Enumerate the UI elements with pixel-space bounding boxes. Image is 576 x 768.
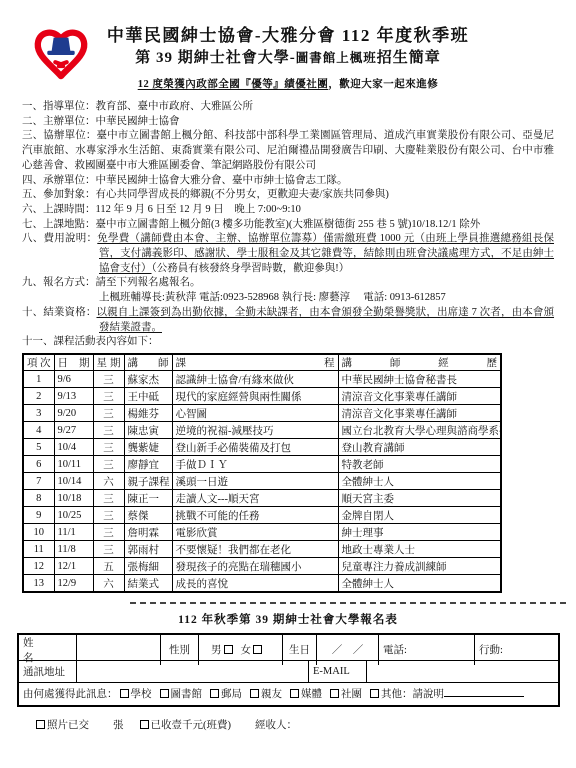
course-cell-day: 三 [93, 507, 124, 524]
info-text: 中華民國紳士協會 [96, 116, 180, 127]
source-option-label: 親友 [261, 689, 282, 700]
course-row: 2 9/13 三 王中砥 現代的家庭經營與兩性關係 清涼音文化事業專任講師 [23, 388, 501, 405]
col-header-teacher: 講師 [124, 354, 172, 371]
info-item-4: 四、承辦單位：中華民國紳士協會大雅分會、臺中市紳士協會志工隊。 [22, 174, 554, 189]
source-option: 學校 [118, 689, 152, 700]
course-cell-bio: 兒童專注力養成訓練師 [338, 558, 501, 575]
course-cell-day: 五 [93, 558, 124, 575]
source-option: 社團 [328, 689, 362, 700]
course-cell-course: 認識紳士協會/有緣來做伙 [172, 371, 338, 388]
course-cell-teacher: 陳正一 [124, 490, 172, 507]
course-cell-bio: 清涼音文化事業專任講師 [338, 388, 501, 405]
info-text: 請至下列報名處報名。 [96, 277, 201, 288]
registration-form-title: 112 年秋季第 39 期紳士社會大學報名表 [22, 611, 554, 627]
course-cell-no: 3 [23, 405, 54, 422]
checkbox-icon[interactable] [330, 689, 339, 698]
info-item-7: 七、上課地點：臺中市立圖書館上楓分館(3 樓多功能教室)(大雅區樹德街 255 … [22, 218, 554, 233]
course-cell-no: 7 [23, 473, 54, 490]
sub-title: 第 39 期紳士社會大學-圖書館上楓班招生簡章 [22, 48, 554, 69]
course-cell-date: 11/8 [54, 541, 93, 558]
source-options: 學校圖書館郵局親友媒體社團 [118, 686, 369, 701]
course-cell-teacher: 親子課程 [124, 473, 172, 490]
info-text: 臺中市立圖書館上楓分館(3 樓多功能教室)(大雅區樹德街 255 巷 5 號)1… [96, 219, 481, 230]
course-cell-day: 三 [93, 541, 124, 558]
source-option: 郵局 [208, 689, 242, 700]
course-cell-course: 發現孩子的亮點在瑞穗國小 [172, 558, 338, 575]
course-cell-no: 4 [23, 422, 54, 439]
info-list: 一、指導單位：教育部、臺中市政府、大雅區公所 二、主辦單位：中華民國紳士協會 三… [22, 100, 554, 350]
email-input-area[interactable] [367, 661, 558, 682]
course-cell-bio: 全體紳士人 [338, 575, 501, 592]
course-cell-course: 登山新手必備裝備及打包 [172, 439, 338, 456]
course-table-head: 項次 日期 星期 講師 課程 講師經歷 [23, 354, 501, 371]
form-row-source: 由何處獲得此訊息： 學校圖書館郵局親友媒體社團 其他：請說明 [19, 683, 558, 705]
course-row: 3 9/20 三 楊維芬 心智圖 清涼音文化事業專任講師 [23, 405, 501, 422]
cut-line [130, 602, 566, 604]
course-row: 9 10/25 三 蔡傑 挑戰不可能的任務 金牌自閉人 [23, 507, 501, 524]
address-label: 通訊地址 [19, 661, 77, 682]
course-cell-course: 溪頭一日遊 [172, 473, 338, 490]
photo-unit-label: 張 [113, 720, 124, 731]
col-header-bio: 講師經歷 [338, 354, 501, 371]
source-option-label: 學校 [131, 689, 152, 700]
course-row: 13 12/9 六 結業式 成長的喜悅 全體紳士人 [23, 575, 501, 592]
course-cell-date: 10/25 [54, 507, 93, 524]
course-schedule-table: 項次 日期 星期 講師 課程 講師經歷 1 9/6 三 蘇家杰 認識紳士協會/有… [22, 353, 502, 593]
course-cell-no: 10 [23, 524, 54, 541]
course-cell-no: 9 [23, 507, 54, 524]
checkbox-icon[interactable] [140, 720, 149, 729]
info-label: 十一、課程活動表內容如下： [22, 336, 159, 347]
course-cell-no: 8 [23, 490, 54, 507]
registration-form-table: 姓 名 性別 男女 生日 ／ ／ 電話: 行動: 通訊地址 E-MAIL 由何處… [17, 633, 560, 707]
course-cell-date: 10/4 [54, 439, 93, 456]
honor-subtitle-underlined: 12 度榮獲內政部全國『優等』績優社團 [138, 79, 329, 90]
course-cell-no: 2 [23, 388, 54, 405]
course-cell-date: 12/9 [54, 575, 93, 592]
sub-title-part2: 圖書館上楓班 [296, 51, 377, 65]
course-cell-bio: 登山教育講師 [338, 439, 501, 456]
checkbox-icon[interactable] [253, 645, 262, 654]
course-cell-course: 逆境的祝福-減壓技巧 [172, 422, 338, 439]
source-option: 圖書館 [158, 689, 203, 700]
course-cell-day: 三 [93, 439, 124, 456]
course-cell-day: 六 [93, 473, 124, 490]
source-option-label: 媒體 [301, 689, 322, 700]
info-item-2: 二、主辦單位：中華民國紳士協會 [22, 115, 554, 130]
course-cell-bio: 特教老師 [338, 456, 501, 473]
sub-title-part3: 招生簡章 [377, 50, 441, 66]
checkbox-icon[interactable] [370, 689, 379, 698]
other-blank-line[interactable] [444, 686, 524, 697]
course-cell-date: 9/20 [54, 405, 93, 422]
col-header-no: 項次 [23, 354, 54, 371]
course-cell-course: 不要懷疑！我們都在老化 [172, 541, 338, 558]
source-prefix: 由何處獲得此訊息： [23, 686, 118, 701]
honor-subtitle: 12 度榮獲內政部全國『優等』績優社團，歡迎大家一起來進修 [22, 76, 554, 91]
course-cell-course: 走讀人文---順天宮 [172, 490, 338, 507]
course-cell-date: 12/1 [54, 558, 93, 575]
course-row: 10 11/1 三 詹明霖 電影欣賞 紳士理事 [23, 524, 501, 541]
course-cell-teacher: 蘇家杰 [124, 371, 172, 388]
checkbox-icon[interactable] [290, 689, 299, 698]
source-option-label: 圖書館 [171, 689, 203, 700]
info-item-8: 八、費用說明：免學費（講師費由本會、主辦、協辦單位籌募）僅需繳班費 1000 元… [22, 232, 554, 276]
gender-option: 男 [211, 642, 235, 657]
info-label: 三、協辦單位： [22, 130, 97, 141]
course-table-body: 1 9/6 三 蘇家杰 認識紳士協會/有緣來做伙 中華民國紳士協會秘書長 2 9… [23, 371, 501, 592]
course-cell-teacher: 陳忠寅 [124, 422, 172, 439]
course-cell-bio: 國立台北教育大學心理與諮商學系碩士 [338, 422, 501, 439]
info-item-10: 十、結業資格：以親自上課簽到為出勤依據，全勤未缺課者，由本會頒發全勤榮譽獎狀，出… [22, 306, 554, 335]
info-label: 九、報名方式： [22, 277, 96, 288]
course-cell-bio: 全體紳士人 [338, 473, 501, 490]
source-option: 媒體 [288, 689, 322, 700]
course-row: 8 10/18 三 陳正一 走讀人文---順天宮 順天宮主委 [23, 490, 501, 507]
course-cell-bio: 清涼音文化事業專任講師 [338, 405, 501, 422]
source-option-label: 郵局 [221, 689, 242, 700]
association-heart-hat-logo-icon [32, 26, 90, 84]
course-cell-teacher: 郭雨村 [124, 541, 172, 558]
course-cell-day: 三 [93, 490, 124, 507]
course-cell-day: 三 [93, 422, 124, 439]
course-cell-course: 現代的家庭經營與兩性關係 [172, 388, 338, 405]
course-cell-no: 5 [23, 439, 54, 456]
fee-tail-text: （公務員有核發終身學習時數，歡迎參與!） [152, 263, 350, 274]
course-row: 6 10/11 三 廖靜宜 手做ＤＩＹ 特教老師 [23, 456, 501, 473]
course-cell-course: 挑戰不可能的任務 [172, 507, 338, 524]
graduation-underlined-text: 以親自上課簽到為出勤依據，全勤未缺課者，由本會頒發全勤榮譽獎狀，出席達 7 次者… [96, 307, 554, 333]
checkbox-icon[interactable] [210, 689, 219, 698]
course-cell-no: 12 [23, 558, 54, 575]
course-row: 12 12/1 五 張梅細 發現孩子的亮點在瑞穗國小 兒童專注力養成訓練師 [23, 558, 501, 575]
info-item-5: 五、參加對象：有心共同學習成長的鄉親(不分男女，更歡迎夫妻/家族共同參與) [22, 188, 554, 203]
source-cell: 由何處獲得此訊息： 學校圖書館郵局親友媒體社團 其他：請說明 [19, 683, 558, 705]
course-cell-bio: 順天宮主委 [338, 490, 501, 507]
source-option: 親友 [248, 689, 282, 700]
info-label: 七、上課地點： [22, 219, 96, 230]
col-header-date: 日期 [54, 354, 93, 371]
course-cell-bio: 金牌自閉人 [338, 507, 501, 524]
info-text: 112 年 9 月 6 日至 12 月 9 日 晚上 7:00~9:10 [96, 204, 301, 215]
course-cell-course: 電影欣賞 [172, 524, 338, 541]
info-item-9: 九、報名方式：請至下列報名處報名。 [22, 276, 554, 291]
course-cell-date: 9/6 [54, 371, 93, 388]
course-cell-day: 三 [93, 456, 124, 473]
course-cell-date: 10/18 [54, 490, 93, 507]
info-item-11: 十一、課程活動表內容如下： [22, 335, 554, 350]
course-cell-day: 三 [93, 371, 124, 388]
course-cell-date: 9/27 [54, 422, 93, 439]
form-row-identity: 姓 名 性別 男女 生日 ／ ／ 電話: 行動: [19, 635, 558, 661]
course-cell-course: 心智圖 [172, 405, 338, 422]
course-cell-date: 10/11 [54, 456, 93, 473]
fee-received-label: 已收壹千元(班費) [151, 720, 232, 731]
info-item-1: 一、指導單位：教育部、臺中市政府、大雅區公所 [22, 100, 554, 115]
info-text: 臺中市立圖書館上楓分館、科技部中部科學工業園區管理局、道成汽車實業股份有限公司、… [22, 130, 554, 170]
col-header-course: 課程 [172, 354, 338, 371]
course-cell-teacher: 王中砥 [124, 388, 172, 405]
course-cell-no: 6 [23, 456, 54, 473]
honor-subtitle-tail: ，歡迎大家一起來進修 [328, 79, 438, 90]
course-header-row: 項次 日期 星期 講師 課程 講師經歷 [23, 354, 501, 371]
info-label: 四、承辦單位： [22, 175, 96, 186]
address-input-area[interactable] [77, 661, 309, 682]
course-cell-no: 11 [23, 541, 54, 558]
office-use-line: 照片已交張已收壹千元(班費)經收人： [22, 717, 554, 732]
form-row-address: 通訊地址 E-MAIL [19, 661, 558, 683]
info-text: 中華民國紳士協會大雅分會、臺中市紳士協會志工隊。 [96, 175, 348, 186]
flyer-page: 中華民國紳士協會-大雅分會 112 年度秋季班 第 39 期紳士社會大學-圖書館… [0, 0, 576, 768]
email-label: E-MAIL [309, 661, 367, 682]
course-cell-bio: 地政士專業人士 [338, 541, 501, 558]
course-cell-teacher: 龔紫婕 [124, 439, 172, 456]
receiver-label: 經收人： [255, 720, 297, 731]
course-cell-bio: 紳士理事 [338, 524, 501, 541]
course-row: 5 10/4 三 龔紫婕 登山新手必備裝備及打包 登山教育講師 [23, 439, 501, 456]
gender-option-label: 男 [211, 645, 222, 656]
info-item-3: 三、協辦單位：臺中市立圖書館上楓分館、科技部中部科學工業園區管理局、道成汽車實業… [22, 129, 554, 173]
course-cell-date: 11/1 [54, 524, 93, 541]
course-row: 11 11/8 三 郭雨村 不要懷疑！我們都在老化 地政士專業人士 [23, 541, 501, 558]
gender-option: 女 [241, 642, 265, 657]
info-label: 八、費用說明： [22, 233, 97, 244]
course-cell-no: 1 [23, 371, 54, 388]
course-cell-date: 10/14 [54, 473, 93, 490]
info-item-6: 六、上課時間：112 年 9 月 6 日至 12 月 9 日 晚上 7:00~9… [22, 203, 554, 218]
checkbox-icon[interactable] [224, 645, 233, 654]
course-cell-teacher: 詹明霖 [124, 524, 172, 541]
course-row: 1 9/6 三 蘇家杰 認識紳士協會/有緣來做伙 中華民國紳士協會秘書長 [23, 371, 501, 388]
checkbox-icon[interactable] [250, 689, 259, 698]
course-cell-teacher: 蔡傑 [124, 507, 172, 524]
info-label: 十、結業資格： [22, 307, 96, 318]
course-cell-day: 六 [93, 575, 124, 592]
info-label: 二、主辦單位： [22, 116, 96, 127]
course-cell-day: 三 [93, 405, 124, 422]
info-text: 有心共同學習成長的鄉親(不分男女，更歡迎夫妻/家族共同參與) [96, 189, 389, 200]
course-cell-teacher: 張梅細 [124, 558, 172, 575]
course-cell-course: 手做ＤＩＹ [172, 456, 338, 473]
info-text: 教育部、臺中市政府、大雅區公所 [96, 101, 254, 112]
info-label: 一、指導單位： [22, 101, 96, 112]
course-cell-teacher: 結業式 [124, 575, 172, 592]
registration-contact-line: 上楓班輔導長:黃秋萍 電話:0923-528968 執行長: 廖藝淳 電話: 0… [22, 291, 554, 306]
course-cell-teacher: 楊維芬 [124, 405, 172, 422]
checkbox-icon[interactable] [36, 720, 45, 729]
checkbox-icon[interactable] [160, 689, 169, 698]
course-cell-course: 成長的喜悅 [172, 575, 338, 592]
source-option-label: 社團 [341, 689, 362, 700]
header: 中華民國紳士協會-大雅分會 112 年度秋季班 第 39 期紳士社會大學-圖書館… [22, 24, 554, 91]
info-label: 六、上課時間： [22, 204, 96, 215]
gender-option-label: 女 [241, 645, 252, 656]
course-cell-bio: 中華民國紳士協會秘書長 [338, 371, 501, 388]
col-header-day: 星期 [93, 354, 124, 371]
main-title: 中華民國紳士協會-大雅分會 112 年度秋季班 [22, 24, 554, 48]
course-cell-day: 三 [93, 388, 124, 405]
course-cell-date: 9/13 [54, 388, 93, 405]
course-row: 4 9/27 三 陳忠寅 逆境的祝福-減壓技巧 國立台北教育大學心理與諮商學系碩… [23, 422, 501, 439]
checkbox-icon[interactable] [120, 689, 129, 698]
source-other-option: 其他：請說明 [368, 686, 524, 701]
info-label: 五、參加對象： [22, 189, 96, 200]
photo-label: 照片已交 [47, 720, 89, 731]
course-cell-no: 13 [23, 575, 54, 592]
source-other-label: 其他：請說明 [381, 689, 444, 700]
course-cell-teacher: 廖靜宜 [124, 456, 172, 473]
course-row: 7 10/14 六 親子課程 溪頭一日遊 全體紳士人 [23, 473, 501, 490]
course-cell-day: 三 [93, 524, 124, 541]
sub-title-part1: 第 39 期紳士社會大學- [135, 50, 296, 66]
